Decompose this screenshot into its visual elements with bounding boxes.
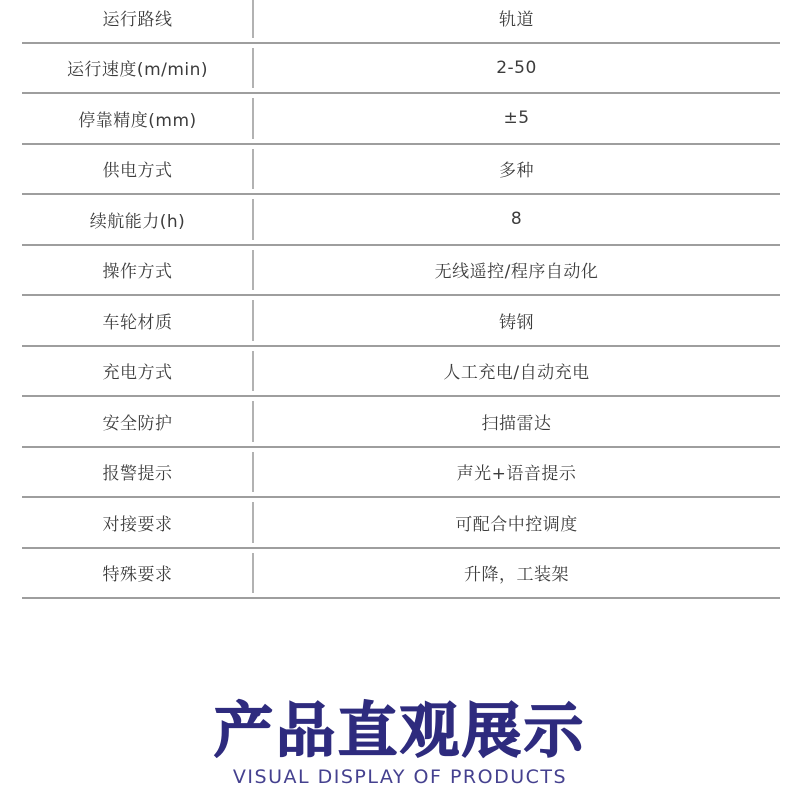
table-row: 充电方式 人工充电/自动充电 xyxy=(22,347,780,398)
table-row: 车轮材质 铸钢 xyxy=(22,296,780,347)
product-spec-table: 运行路线 轨道 运行速度(m/min) 2-50 停靠精度(mm) ±5 供电方… xyxy=(22,0,780,599)
table-row: 续航能力(h) 8 xyxy=(22,195,780,246)
spec-label: 供电方式 xyxy=(22,145,253,194)
spec-value: 2-50 xyxy=(253,44,780,93)
table-row: 运行速度(m/min) 2-50 xyxy=(22,44,780,95)
spec-value: 升降，工装架 xyxy=(253,549,780,598)
spec-label: 安全防护 xyxy=(22,397,253,446)
spec-value: 声光+语音提示 xyxy=(253,448,780,497)
spec-value: 铸钢 xyxy=(253,296,780,345)
spec-value: 轨道 xyxy=(253,0,780,42)
table-row: 安全防护 扫描雷达 xyxy=(22,397,780,448)
section-header: 产品直观展示 VISUAL DISPLAY OF PRODUCTS xyxy=(0,699,800,787)
section-title: 产品直观展示 xyxy=(0,699,800,763)
spec-value: 多种 xyxy=(253,145,780,194)
product-detail-page: 运行路线 轨道 运行速度(m/min) 2-50 停靠精度(mm) ±5 供电方… xyxy=(0,0,800,800)
spec-value: ±5 xyxy=(253,94,780,143)
spec-label: 运行速度(m/min) xyxy=(22,44,253,93)
table-row: 报警提示 声光+语音提示 xyxy=(22,448,780,499)
table-row: 对接要求 可配合中控调度 xyxy=(22,498,780,549)
spec-value: 可配合中控调度 xyxy=(253,498,780,547)
spec-label: 运行路线 xyxy=(22,0,253,42)
spec-value: 无线遥控/程序自动化 xyxy=(253,246,780,295)
spec-label: 操作方式 xyxy=(22,246,253,295)
table-row: 特殊要求 升降，工装架 xyxy=(22,549,780,600)
spec-value: 扫描雷达 xyxy=(253,397,780,446)
spec-label: 停靠精度(mm) xyxy=(22,94,253,143)
table-row: 供电方式 多种 xyxy=(22,145,780,196)
spec-value: 8 xyxy=(253,195,780,244)
table-row: 运行路线 轨道 xyxy=(22,0,780,44)
spec-label: 续航能力(h) xyxy=(22,195,253,244)
table-row: 停靠精度(mm) ±5 xyxy=(22,94,780,145)
spec-label: 车轮材质 xyxy=(22,296,253,345)
table-row: 操作方式 无线遥控/程序自动化 xyxy=(22,246,780,297)
spec-label: 报警提示 xyxy=(22,448,253,497)
section-subtitle: VISUAL DISPLAY OF PRODUCTS xyxy=(0,767,800,787)
spec-label: 特殊要求 xyxy=(22,549,253,598)
spec-value: 人工充电/自动充电 xyxy=(253,347,780,396)
spec-label: 充电方式 xyxy=(22,347,253,396)
spec-label: 对接要求 xyxy=(22,498,253,547)
